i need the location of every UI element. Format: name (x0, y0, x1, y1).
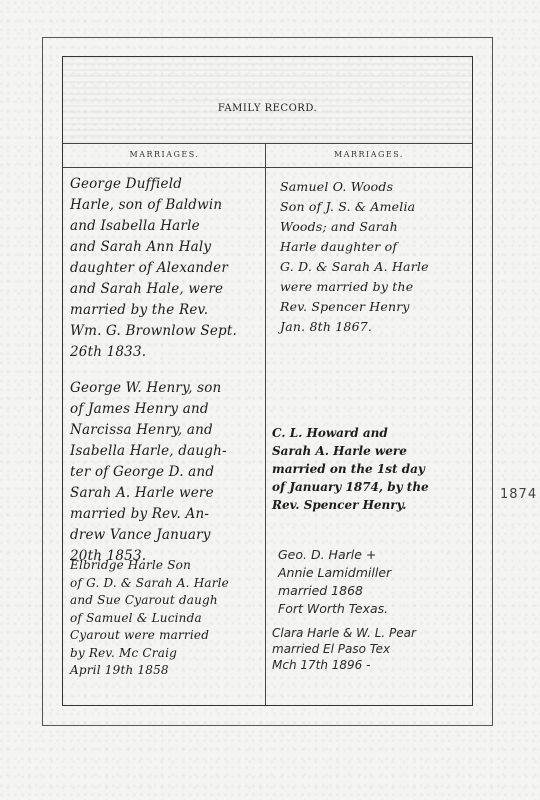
right-column-header: MARRIAGES. (266, 143, 472, 167)
family-record-page: FAMILY RECORD. MARRIAGES. MARRIAGES. Geo… (0, 0, 540, 800)
record-header: FAMILY RECORD. (63, 57, 472, 144)
page-title: FAMILY RECORD. (63, 103, 472, 114)
marriage-entry-george-duffield-harle: George Duffield Harle, son of Baldwin an… (70, 174, 237, 363)
margin-note-year: 1874 (500, 487, 537, 502)
marriage-entry-geo-d-harle: Geo. D. Harle + Annie Lamidmiller marrie… (278, 546, 391, 618)
marriage-entry-c-l-howard: C. L. Howard and Sarah A. Harle were mar… (272, 424, 429, 514)
marriage-entry-george-w-henry: George W. Henry, son of James Henry and … (70, 378, 227, 567)
marriage-entry-clara-harle: Clara Harle & W. L. Pear married El Paso… (272, 625, 416, 673)
marriage-entry-samuel-o-woods: Samuel O. Woods Son of J. S. & Amelia Wo… (280, 177, 429, 337)
marriage-entry-elbridge-harle: Elbridge Harle Son of G. D. & Sarah A. H… (70, 557, 229, 680)
left-column-header: MARRIAGES. (63, 143, 266, 167)
column-header-row: MARRIAGES. MARRIAGES. (63, 143, 472, 168)
column-divider (265, 143, 266, 705)
